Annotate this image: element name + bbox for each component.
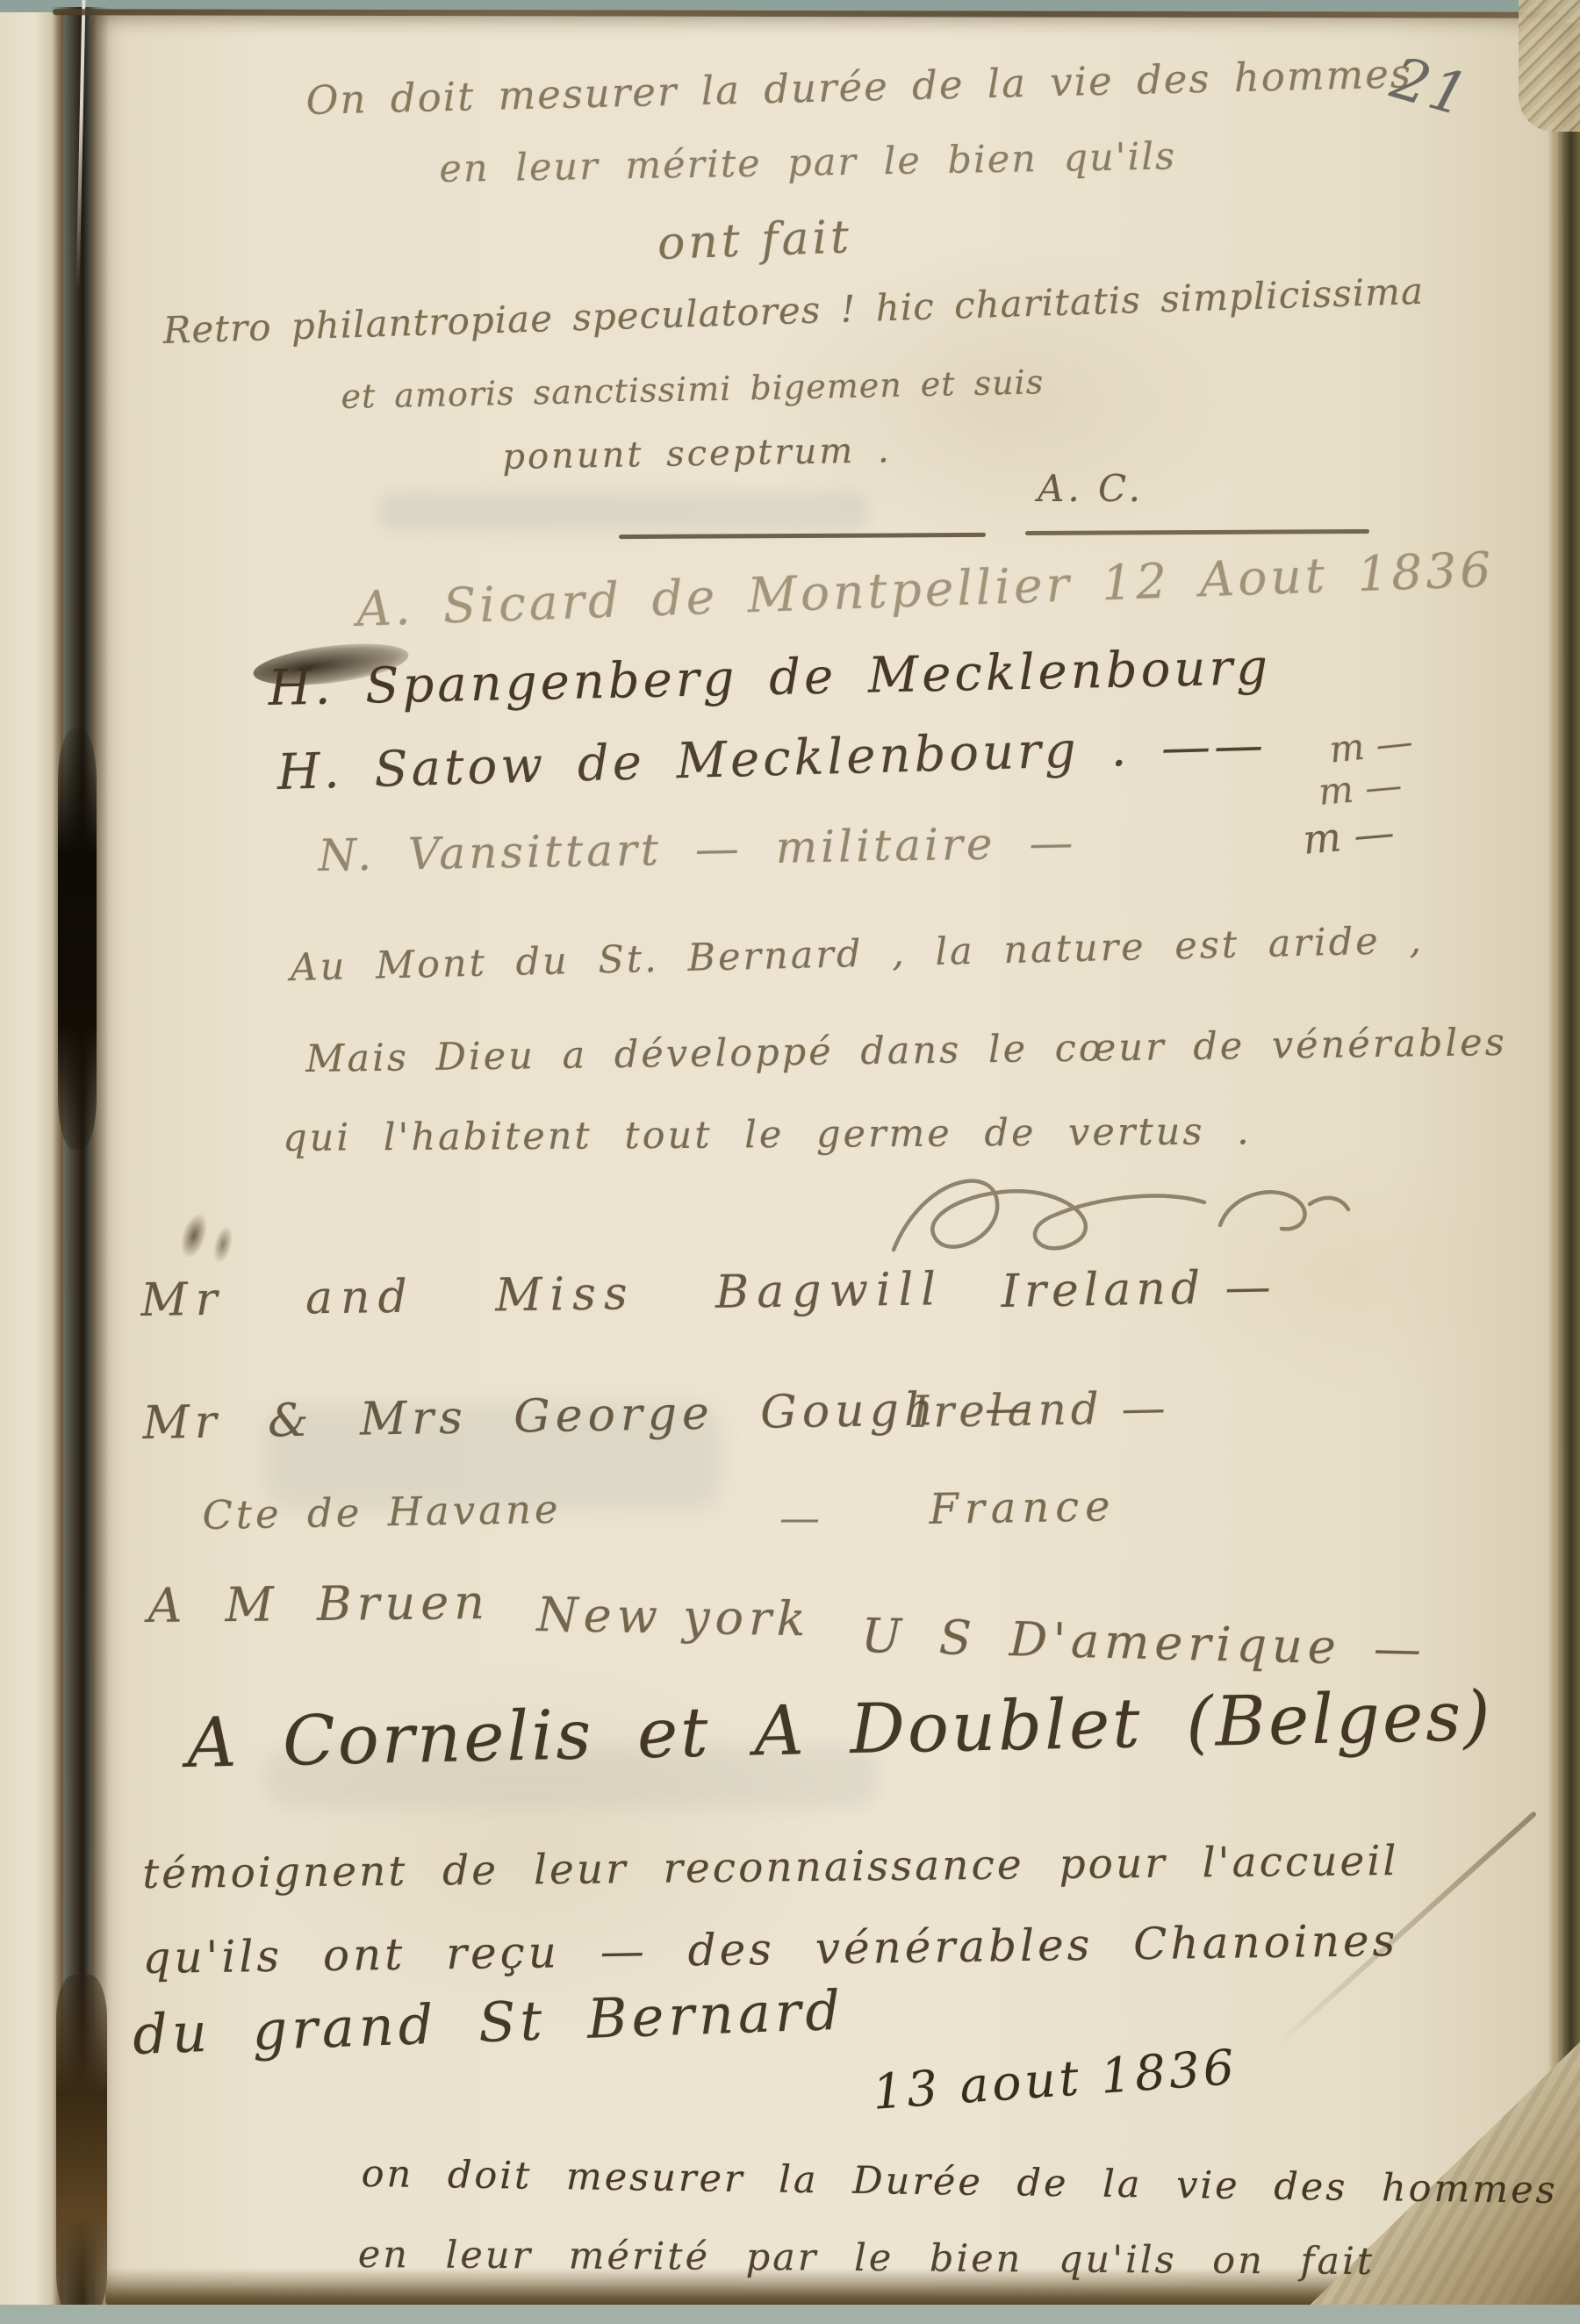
belgian-entry-maxim-2: en leur mérité par le bien qu'ils on fai… — [358, 2233, 1375, 2284]
stacked-page-corners — [1519, 0, 1580, 132]
entry-bagwill-name: Mr and Miss Bagwill — [140, 1263, 944, 1327]
maxim-line-3: ont fait — [657, 211, 853, 270]
guestbook-scan: 21 On doit mesurer la durée de la vie de… — [0, 0, 1580, 2324]
gutter-torn-paper — [56, 1975, 107, 2317]
entry-bruen-city: New york — [536, 1587, 811, 1646]
entry-gough-country: Ireland — — [911, 1382, 1170, 1438]
entry-bruen-name: A M Bruen — [147, 1574, 490, 1633]
margin-mark-1: m — — [1327, 720, 1415, 771]
margin-mark-2: m — — [1317, 764, 1404, 814]
entry-havane-dash: — — [779, 1494, 820, 1541]
signature-flourish — [878, 1151, 1356, 1266]
margin-mark-3: m — — [1301, 808, 1397, 864]
gutter-dark-gap — [58, 728, 97, 1150]
entry-havane-name: Cte de Havane — [202, 1486, 562, 1539]
fore-edge-page-stack — [1557, 23, 1580, 2296]
latin-initials: A. C. — [1038, 467, 1144, 510]
entry-havane-country: France — [929, 1481, 1117, 1534]
entry-bagwill-country: Ireland — — [1001, 1261, 1276, 1318]
latin-line-3: ponunt sceptrum . — [502, 430, 892, 477]
scanner-background — [0, 2305, 1580, 2324]
ink-showthrough — [377, 491, 869, 532]
